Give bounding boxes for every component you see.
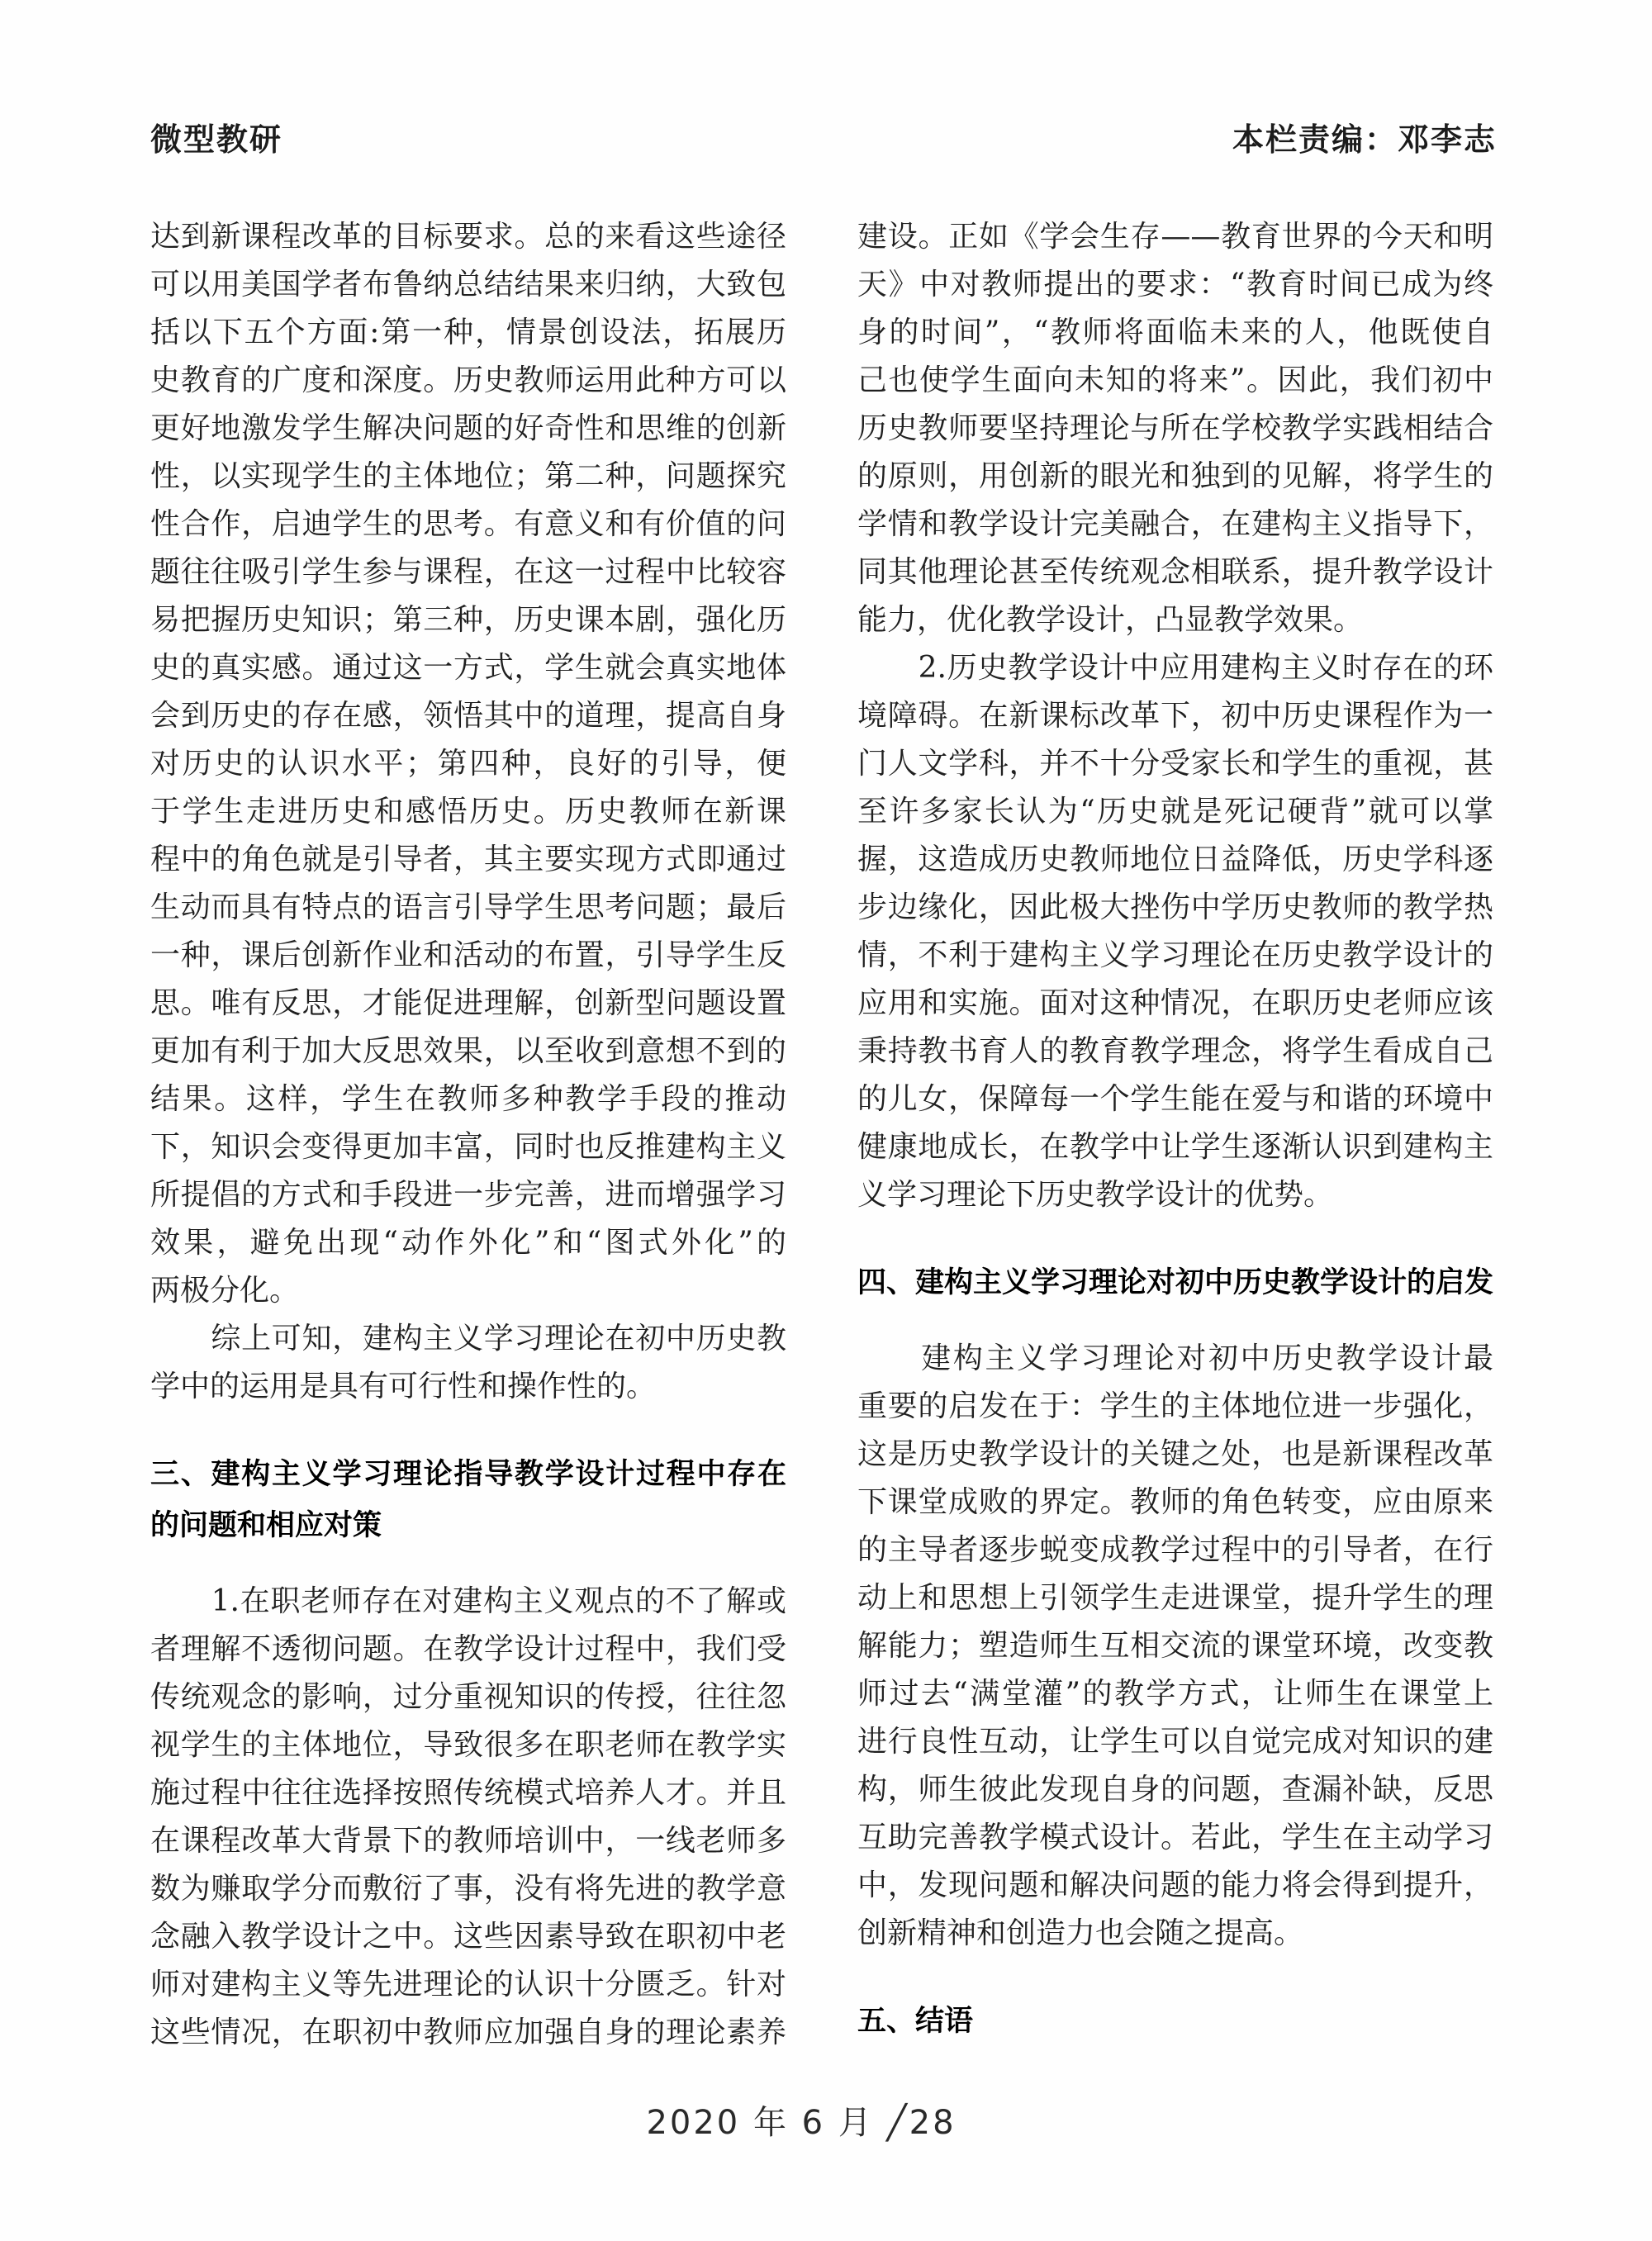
text-line: 者理解不透彻问题。在教学设计过程中，我们受: [150, 1626, 786, 1674]
text-line: 传统观念的影响，过分重视知识的传授，往往忽: [150, 1674, 786, 1721]
text-line: 这是历史教学设计的关键之处，也是新课程改革: [857, 1431, 1493, 1479]
text-line: 学中的运用是具有可行性和操作性的。: [150, 1363, 786, 1411]
text-line: 2.历史教学设计中应用建构主义时存在的环: [857, 644, 1493, 692]
heading-line: 三、建构主义学习理论指导教学设计过程中存在: [150, 1449, 786, 1500]
text-line: 数为赚取学分而敷衍了事，没有将先进的教学意: [150, 1865, 786, 1913]
text-line: 健康地成长，在教学中让学生逐渐认识到建构主: [857, 1123, 1493, 1171]
text-line: 所提倡的方式和手段进一步完善，进而增强学习: [150, 1171, 786, 1219]
section-heading: 五、结语: [857, 1996, 1493, 2047]
text-line: 历史教师要坚持理论与所在学校教学实践相结合: [857, 405, 1493, 453]
text-line: 互助完善教学模式设计。若此，学生在主动学习: [857, 1814, 1493, 1862]
text-line: 达到新课程改革的目标要求。总的来看这些途径: [150, 213, 786, 261]
text-line: 重要的启发在于：学生的主体地位进一步强化，: [857, 1383, 1493, 1431]
text-line: 更好地激发学生解决问题的好奇性和思维的创新: [150, 405, 786, 453]
page-footer: 2020 年 6 月 ╱28: [0, 2096, 1602, 2144]
text-line: 解能力；塑造师生互相交流的课堂环境，改变教: [857, 1622, 1493, 1670]
text-line: 生动而具有特点的语言引导学生思考问题；最后: [150, 884, 786, 932]
text-line: 易把握历史知识；第三种，历史课本剧，强化历: [150, 596, 786, 644]
text-line: 步边缘化，因此极大挫伤中学历史教师的教学热: [857, 884, 1493, 932]
heading-line: 四、建构主义学习理论对初中历史教学设计的启发: [857, 1257, 1493, 1308]
issue-page-number: 2020 年 6 月 ╱28: [646, 2104, 956, 2142]
text-line: 视学生的主体地位，导致很多在职老师在教学实: [150, 1721, 786, 1769]
text-line: 创新精神和创造力也会随之提高。: [857, 1910, 1493, 1958]
text-line: 至许多家长认为“历史就是死记硬背”就可以掌: [857, 788, 1493, 836]
section-heading: 四、建构主义学习理论对初中历史教学设计的启发: [857, 1257, 1493, 1308]
text-line: 史教育的广度和深度。历史教师运用此种方可以: [150, 357, 786, 405]
text-line: 己也使学生面向未知的将来”。因此，我们初中: [857, 357, 1493, 405]
text-line: 在课程改革大背景下的教师培训中，一线老师多: [150, 1817, 786, 1865]
text-line: 1.在职老师存在对建构主义观点的不了解或: [150, 1578, 786, 1626]
text-line: 学情和教学设计完美融合，在建构主义指导下，: [857, 501, 1493, 548]
text-line: 建设。正如《学会生存——教育世界的今天和明: [857, 213, 1493, 261]
editor-credit: 本栏责编：邓李志: [1232, 114, 1497, 159]
text-line: 应用和实施。面对这种情况，在职历史老师应该: [857, 980, 1493, 1028]
text-line: 两极分化。: [150, 1267, 786, 1315]
text-line: 下课堂成败的界定。教师的角色转变，应由原来: [857, 1479, 1493, 1526]
body-paragraph: 综上可知，建构主义学习理论在初中历史教学中的运用是具有可行性和操作性的。: [150, 1315, 786, 1411]
text-line: 门人文学科，并不十分受家长和学生的重视，甚: [857, 740, 1493, 788]
text-line: 动上和思想上引领学生走进课堂，提升学生的理: [857, 1574, 1493, 1622]
text-line: 综上可知，建构主义学习理论在初中历史教: [150, 1315, 786, 1363]
text-column-right: 建设。正如《学会生存——教育世界的今天和明天》中对教师提出的要求：“教育时间已成…: [857, 213, 1493, 2073]
column-section-label: 微型教研: [150, 114, 282, 159]
text-line: 史的真实感。通过这一方式，学生就会真实地体: [150, 644, 786, 692]
text-line: 秉持教书育人的教育教学理念，将学生看成自己: [857, 1028, 1493, 1075]
text-line: 下，知识会变得更加丰富，同时也反推建构主义: [150, 1123, 786, 1171]
body-paragraph: 达到新课程改革的目标要求。总的来看这些途径可以用美国学者布鲁纳总结结果来归纳，大…: [150, 213, 786, 1315]
journal-page: 微型教研 本栏责编：邓李志 达到新课程改革的目标要求。总的来看这些途径可以用美国…: [0, 0, 1652, 2241]
text-line: 情，不利于建构主义学习理论在历史教学设计的: [857, 932, 1493, 980]
text-line: 性合作，启迪学生的思考。有意义和有价值的问: [150, 501, 786, 548]
section-heading: 三、建构主义学习理论指导教学设计过程中存在的问题和相应对策: [150, 1449, 786, 1551]
text-line: 身的时间”，“教师将面临未来的人，他既使自: [857, 309, 1493, 357]
text-column-left: 达到新课程改革的目标要求。总的来看这些途径可以用美国学者布鲁纳总结结果来归纳，大…: [150, 213, 786, 2057]
text-line: 题往往吸引学生参与课程，在这一过程中比较容: [150, 548, 786, 596]
body-paragraph: 1.在职老师存在对建构主义观点的不了解或者理解不透彻问题。在教学设计过程中，我们…: [150, 1578, 786, 2057]
text-line: 效果，避免出现“动作外化”和“图式外化”的: [150, 1219, 786, 1267]
text-line: 括以下五个方面:第一种，情景创设法，拓展历: [150, 309, 786, 357]
text-line: 念融入教学设计之中。这些因素导致在职初中老: [150, 1913, 786, 1961]
text-line: 天》中对教师提出的要求：“教育时间已成为终: [857, 261, 1493, 309]
text-line: 构，师生彼此发现自身的问题，查漏补缺，反思: [857, 1766, 1493, 1814]
heading-line: 的问题和相应对策: [150, 1500, 786, 1551]
text-line: 中，发现问题和解决问题的能力将会得到提升，: [857, 1862, 1493, 1910]
text-line: 可以用美国学者布鲁纳总结结果来归纳，大致包: [150, 261, 786, 309]
body-paragraph: 建构主义学习理论对初中历史教学设计最重要的启发在于：学生的主体地位进一步强化，这…: [857, 1335, 1493, 1958]
heading-line: 五、结语: [857, 1996, 1493, 2047]
text-line: 会到历史的存在感，领悟其中的道理，提高自身: [150, 692, 786, 740]
text-line: 施过程中往往选择按照传统模式培养人才。并且: [150, 1769, 786, 1817]
body-paragraph: 建设。正如《学会生存——教育世界的今天和明天》中对教师提出的要求：“教育时间已成…: [857, 213, 1493, 644]
body-paragraph: 2.历史教学设计中应用建构主义时存在的环境障碍。在新课标改革下，初中历史课程作为…: [857, 644, 1493, 1219]
text-line: 更加有利于加大反思效果，以至收到意想不到的: [150, 1028, 786, 1075]
text-line: 一种，课后创新作业和活动的布置，引导学生反: [150, 932, 786, 980]
text-line: 境障碍。在新课标改革下，初中历史课程作为一: [857, 692, 1493, 740]
text-line: 的主导者逐步蜕变成教学过程中的引导者，在行: [857, 1526, 1493, 1574]
text-line: 这些情况，在职初中教师应加强自身的理论素养: [150, 2009, 786, 2057]
text-line: 师过去“满堂灌”的教学方式，让师生在课堂上: [857, 1670, 1493, 1718]
text-line: 性，以实现学生的主体地位；第二种，问题探究: [150, 453, 786, 501]
text-line: 程中的角色就是引导者，其主要实现方式即通过: [150, 836, 786, 884]
text-line: 的儿女，保障每一个学生能在爱与和谐的环境中: [857, 1075, 1493, 1123]
text-line: 的原则，用创新的眼光和独到的见解，将学生的: [857, 453, 1493, 501]
text-line: 思。唯有反思，才能促进理解，创新型问题设置: [150, 980, 786, 1028]
text-line: 于学生走进历史和感悟历史。历史教师在新课: [150, 788, 786, 836]
text-line: 义学习理论下历史教学设计的优势。: [857, 1171, 1493, 1219]
text-line: 进行良性互动，让学生可以自觉完成对知识的建: [857, 1718, 1493, 1766]
text-line: 能力，优化教学设计，凸显教学效果。: [857, 596, 1493, 644]
text-line: 建构主义学习理论对初中历史教学设计最: [857, 1335, 1493, 1383]
text-line: 结果。这样，学生在教师多种教学手段的推动: [150, 1075, 786, 1123]
text-line: 握，这造成历史教师地位日益降低，历史学科逐: [857, 836, 1493, 884]
text-line: 对历史的认识水平；第四种，良好的引导，便: [150, 740, 786, 788]
text-line: 同其他理论甚至传统观念相联系，提升教学设计: [857, 548, 1493, 596]
text-line: 师对建构主义等先进理论的认识十分匮乏。针对: [150, 1961, 786, 2009]
